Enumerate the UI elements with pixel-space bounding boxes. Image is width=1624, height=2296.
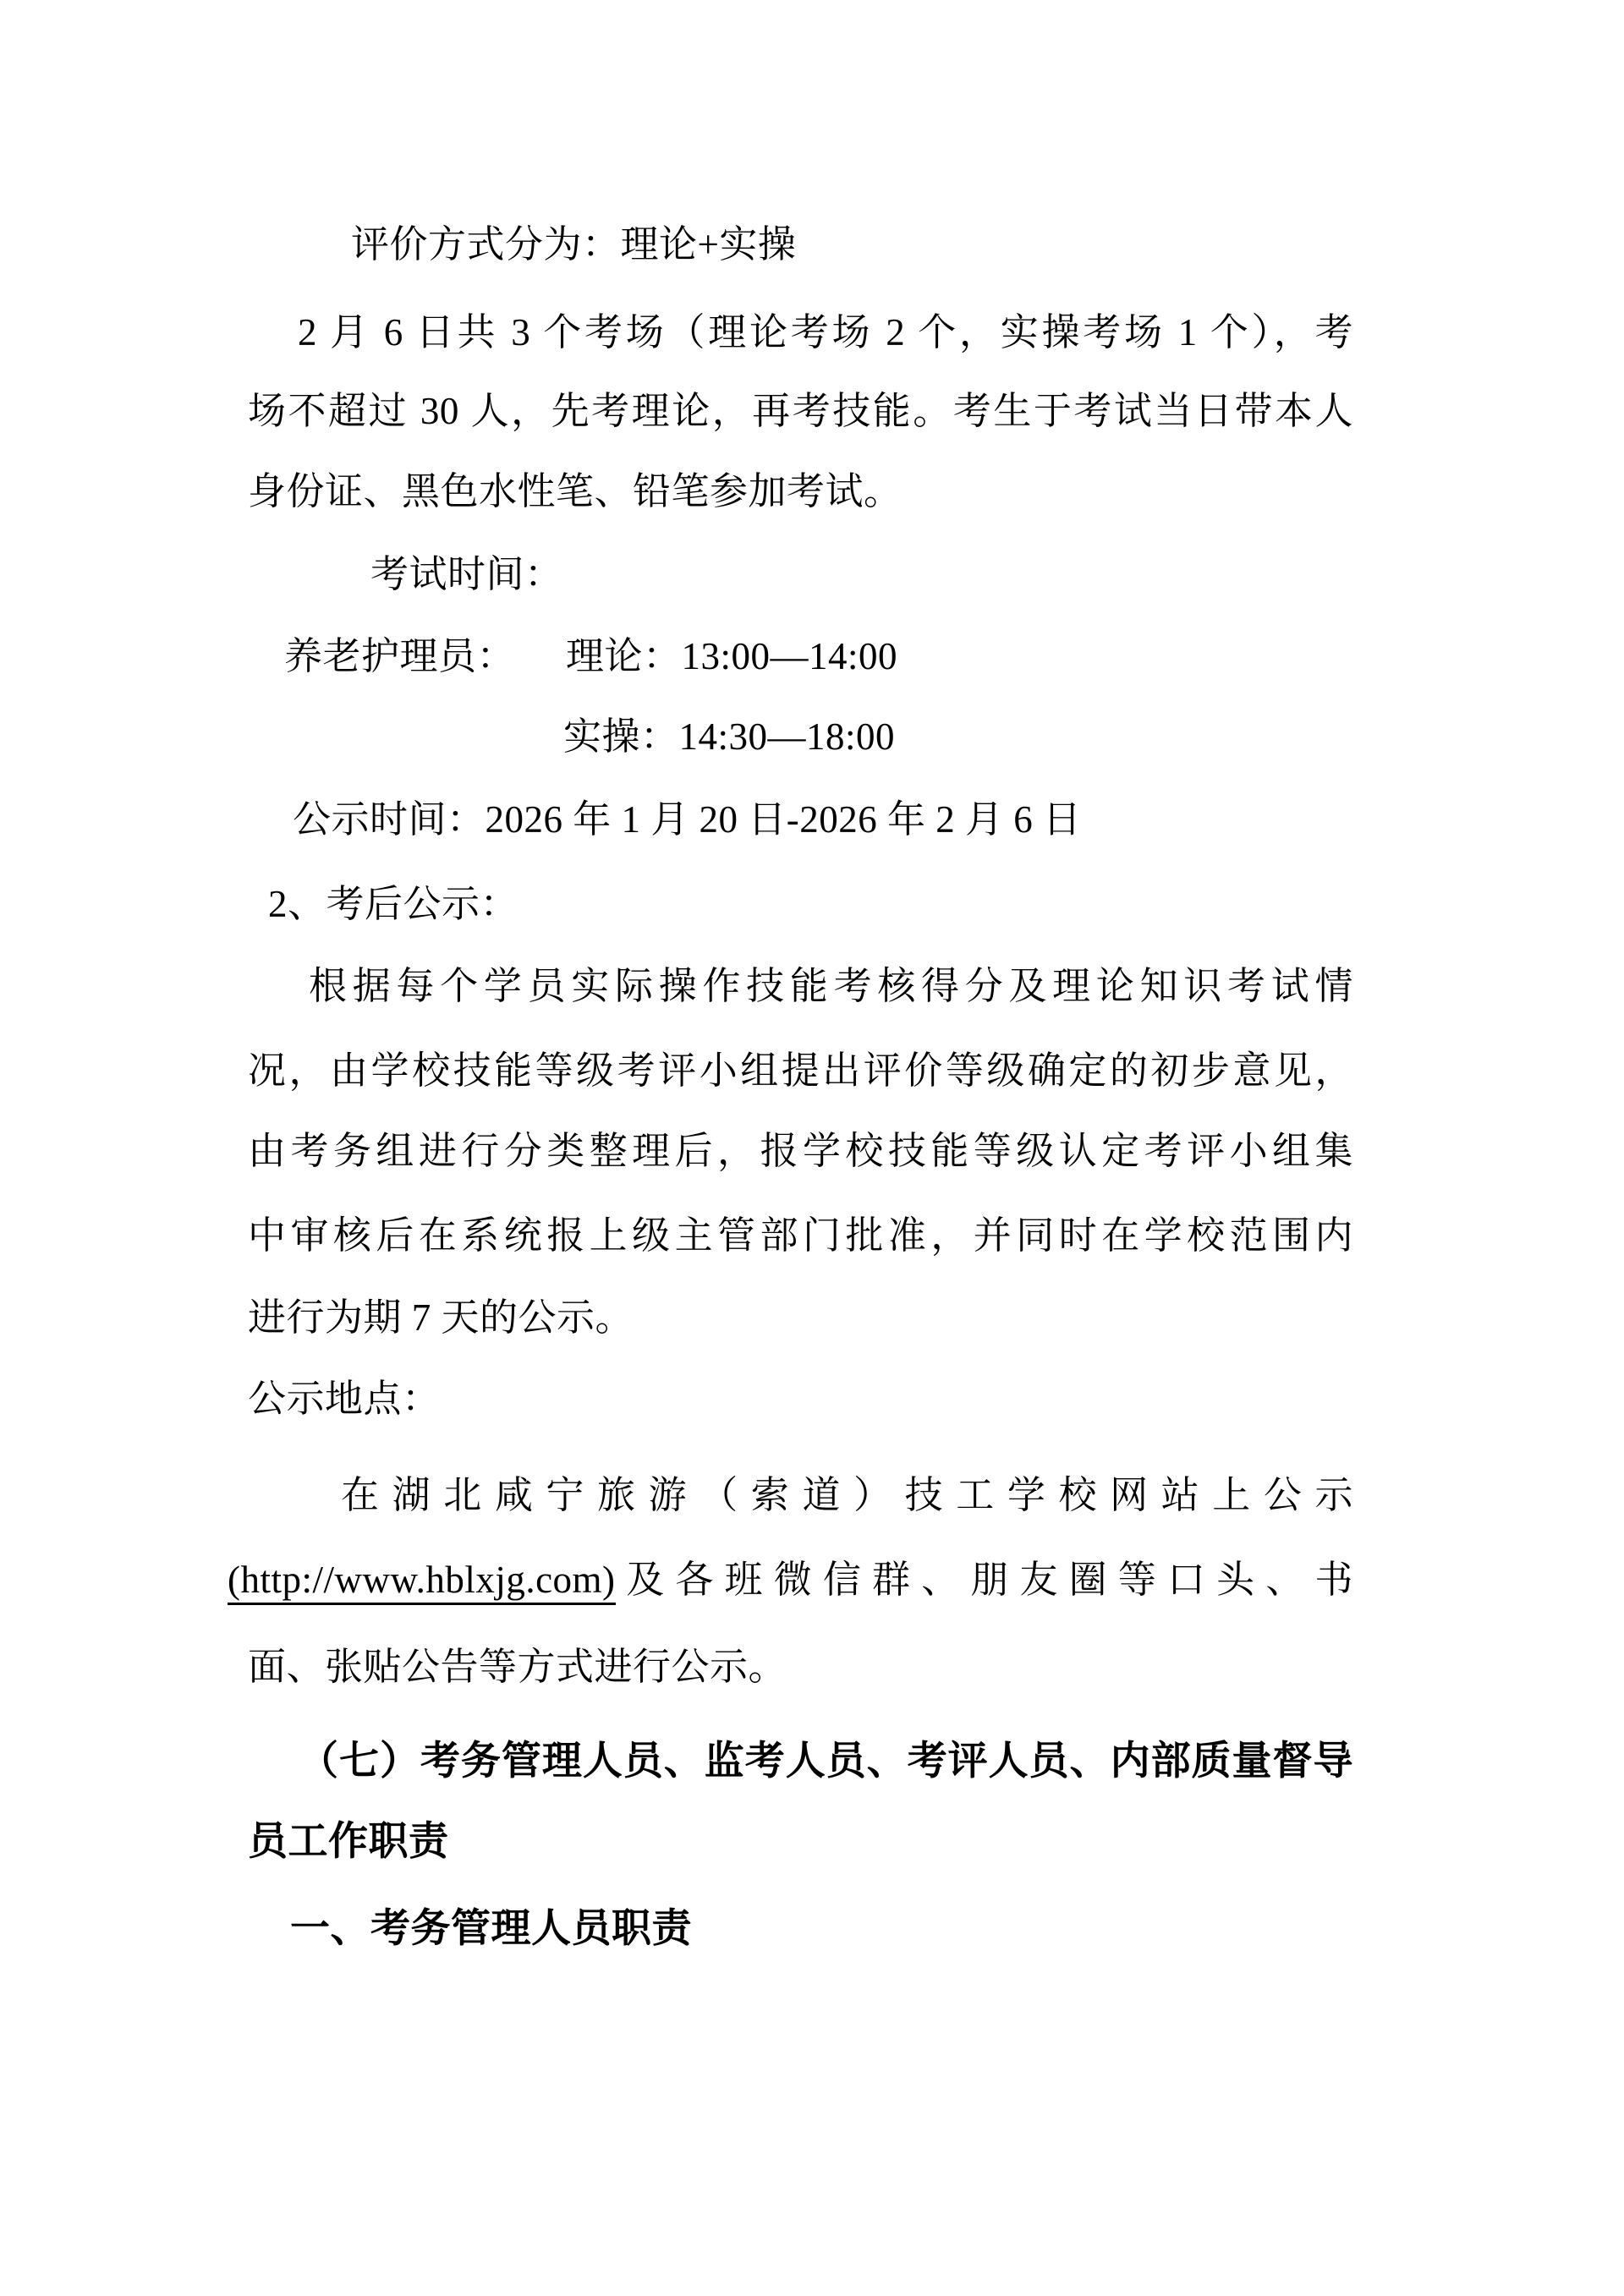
doc-line: 中审核后在系统报上级主管部门批准，并同时在学校范围内	[248, 1214, 1353, 1258]
doc-line: 身份证、黑色水性笔、铅笔参加考试。	[248, 470, 1353, 514]
subsection-heading-line: 一、考务管理人员职责	[248, 1906, 1396, 1952]
doc-line: 进行为期 7 天的公示。	[248, 1296, 1353, 1340]
publicity-location-heading-line: 公示地点：	[248, 1378, 1353, 1422]
website-line: (http://www.hblxjg.com)及各班微信群、朋友圈等口头、书	[228, 1559, 1353, 1603]
document-text-block: 评价方式分为：理论+实操 2 月 6 日共 3 个考场（理论考场 2 个，实操考…	[248, 0, 1353, 2296]
doc-line: 场不超过 30 人，先考理论，再考技能。考生于考试当日带本人	[248, 390, 1353, 434]
hyperlink-url[interactable]: (http://www.hblxjg.com)	[228, 1559, 616, 1605]
publicity-period-line: 公示时间：2026 年 1 月 20 日-2026 年 2 月 6 日	[248, 798, 1398, 842]
exam-time-practice-line: 实操：14:30—18:00	[248, 715, 1624, 759]
theory-time-value: 理论：13:00—14:00	[566, 635, 897, 677]
document-page: 评价方式分为：理论+实操 2 月 6 日共 3 个考场（理论考场 2 个，实操考…	[0, 0, 1624, 2296]
occupation-label: 养老护理员：	[284, 635, 515, 677]
doc-line: 况，由学校技能等级考评小组提出评价等级确定的初步意见，	[248, 1049, 1353, 1093]
doc-line: 2 月 6 日共 3 个考场（理论考场 2 个，实操考场 1 个），考	[248, 311, 1353, 355]
doc-line: 2、考后公示：	[248, 883, 1374, 927]
doc-line: 在湖北咸宁旅游（索道）技工学校网站上公示	[248, 1474, 1353, 1518]
website-line-rest: 及各班微信群、朋友圈等口头、书	[616, 1559, 1353, 1601]
exam-time-heading-line: 考试时间：	[248, 553, 1476, 597]
section-heading-line: （七）考务管理人员、监考人员、考评人员、内部质量督导	[248, 1739, 1353, 1784]
exam-time-theory-line: 养老护理员：理论：13:00—14:00	[248, 635, 1390, 679]
doc-line: 由考务组进行分类整理后，报学校技能等级认定考评小组集	[248, 1130, 1353, 1174]
doc-line: 面、张贴公告等方式进行公示。	[248, 1646, 1353, 1690]
doc-line: 评价方式分为：理论+实操	[248, 223, 1457, 267]
doc-line: 根据每个学员实际操作技能考核得分及理论知识考试情	[248, 965, 1353, 1009]
section-heading-line: 员工作职责	[248, 1819, 1353, 1865]
